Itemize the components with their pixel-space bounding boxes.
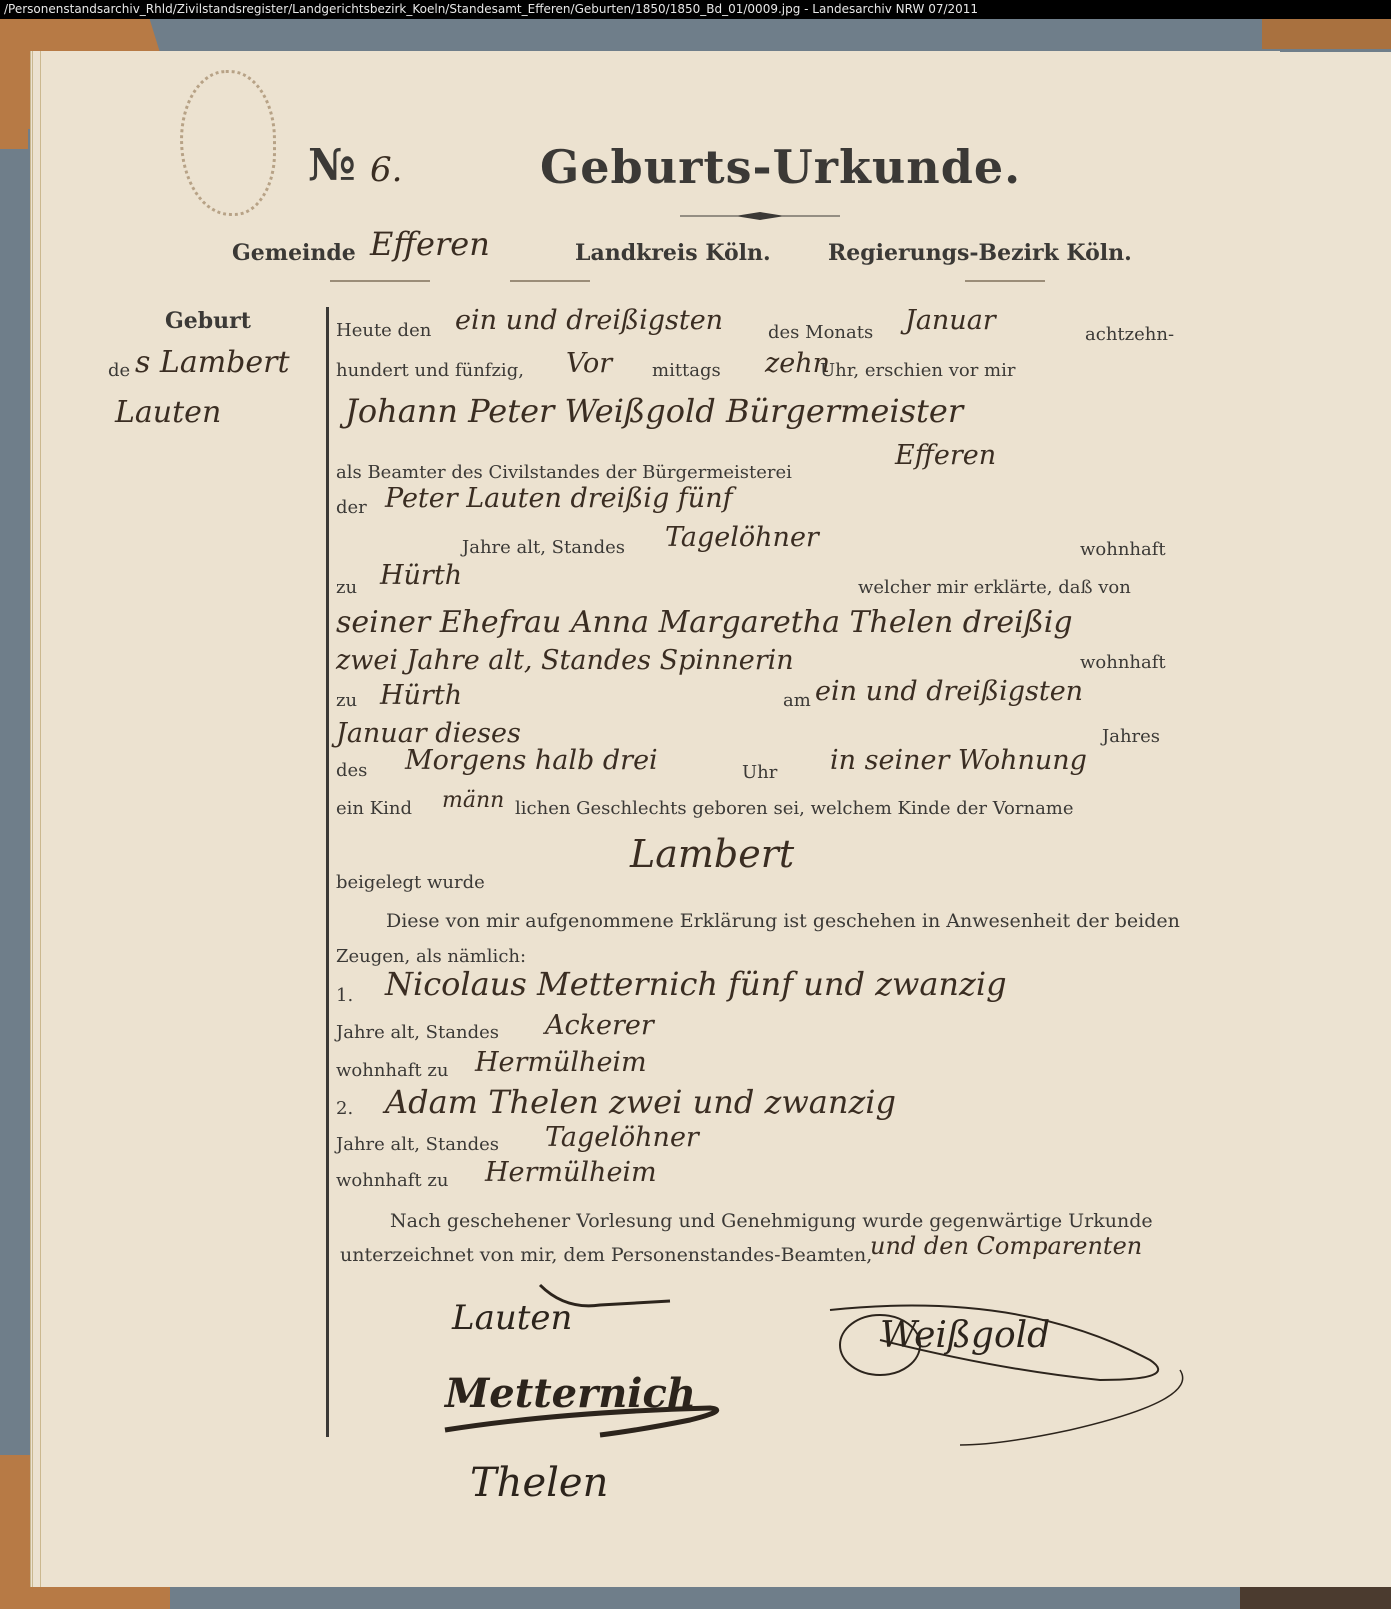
form-text: Zeugen, als nämlich: — [336, 946, 526, 967]
form-text: beigelegt wurde — [336, 872, 485, 893]
leather-corner-top-right — [1262, 19, 1391, 49]
signature-flourish-icon — [440, 1390, 740, 1440]
handwritten-mother-age: zwei Jahre alt, Standes Spinnerin — [336, 645, 794, 676]
handwritten-closing: und den Comparenten — [870, 1232, 1142, 1260]
handwritten-father: Peter Lauten dreißig fünf — [385, 483, 733, 514]
margin-prefix: de — [108, 360, 130, 381]
form-text: am — [783, 690, 811, 711]
closing-text: unterzeichnet von mir, dem Personenstand… — [340, 1244, 872, 1266]
handwritten-official: Johann Peter Weißgold Bürgermeister — [345, 392, 963, 430]
form-text: zu — [336, 690, 357, 711]
document-title: Geburts-Urkunde. — [540, 140, 1021, 194]
certificate-number: 6. — [370, 150, 402, 190]
margin-heading: Geburt — [165, 308, 251, 334]
handwritten-mother-residence: Hürth — [380, 680, 462, 711]
bezirk-underline — [965, 280, 1045, 282]
form-text: als Beamter des Civilstandes der Bürgerm… — [336, 462, 792, 483]
form-text: Jahres — [1102, 726, 1160, 747]
signature-flourish-icon — [520, 1265, 680, 1315]
witness-2-name: Adam Thelen zwei und zwanzig — [385, 1083, 896, 1121]
leather-edge-bottom — [0, 1587, 170, 1609]
form-text: Uhr, erschien vor mir — [820, 360, 1016, 381]
signature-loop-icon — [820, 1270, 1200, 1450]
form-text: zu — [336, 577, 357, 598]
witness-1-name: Nicolaus Metternich fünf und zwanzig — [385, 965, 1007, 1003]
handwritten-birth-day: ein und dreißigsten — [815, 676, 1083, 707]
leather-edge-left — [0, 19, 28, 149]
witness-2-occupation: Tagelöhner — [545, 1122, 699, 1153]
form-text: wohnhaft — [1080, 652, 1166, 673]
number-label: № — [308, 140, 356, 191]
form-text: Uhr — [742, 762, 777, 783]
form-text: ein Kind — [336, 798, 412, 819]
handwritten-ante: Vor — [566, 348, 612, 379]
leather-corner-bottom-right — [1240, 1587, 1391, 1609]
form-text: wohnhaft — [1080, 539, 1166, 560]
handwritten-day: ein und dreißigsten — [455, 305, 723, 336]
landkreis-label: Landkreis Köln. — [575, 240, 771, 266]
window-title-bar: /Personenstandsarchiv_Rhld/Zivilstandsre… — [0, 0, 1391, 19]
closing-text: Nach geschehener Vorlesung und Genehmigu… — [390, 1210, 1153, 1232]
margin-child-name: s Lambert — [135, 345, 290, 380]
bezirk-label: Regierungs-Bezirk Köln. — [828, 240, 1132, 266]
form-text: wohnhaft zu — [336, 1060, 448, 1081]
form-text: des Monats — [768, 322, 873, 343]
handwritten-mother: seiner Ehefrau Anna Margaretha Thelen dr… — [336, 605, 1073, 640]
form-text: Diese von mir aufgenommene Erklärung ist… — [386, 910, 1180, 932]
gemeinde-underline — [330, 280, 430, 282]
handwritten-sex: männ — [442, 788, 504, 813]
handwritten-birth-time: Morgens halb drei — [405, 745, 658, 776]
page-edge-rule — [40, 51, 42, 1587]
ornament-divider-icon — [680, 212, 840, 220]
form-text: des — [336, 760, 367, 781]
form-text: welcher mir erklärte, daß von — [858, 577, 1131, 598]
handwritten-child-name: Lambert — [630, 832, 794, 876]
ink-stain — [180, 70, 276, 216]
form-text: mittags — [652, 360, 721, 381]
signature-witness-2: Thelen — [470, 1460, 608, 1506]
form-text: Jahre alt, Standes — [336, 1134, 499, 1155]
form-text: Jahre alt, Standes — [336, 1022, 499, 1043]
form-text: Jahre alt, Standes — [462, 537, 625, 558]
witness-number: 2. — [336, 1098, 353, 1119]
handwritten-month: Januar — [905, 305, 996, 336]
form-text: Heute den — [336, 320, 431, 341]
handwritten-father-residence: Hürth — [380, 560, 462, 591]
form-text: hundert und fünfzig, — [336, 360, 524, 381]
witness-1-residence: Hermülheim — [475, 1047, 647, 1078]
gemeinde-value: Efferen — [370, 225, 490, 263]
handwritten-father-occupation: Tagelöhner — [665, 522, 819, 553]
landkreis-underline — [510, 280, 590, 282]
form-text: achtzehn- — [1085, 324, 1174, 345]
witness-1-occupation: Ackerer — [545, 1010, 654, 1041]
leather-corner-bottom-left — [0, 1455, 30, 1609]
witness-number: 1. — [336, 985, 353, 1006]
handwritten-birth-place: in seiner Wohnung — [830, 745, 1087, 776]
handwritten-municipality: Efferen — [895, 440, 996, 471]
form-text: lichen Geschlechts geboren sei, welchem … — [515, 798, 1074, 819]
margin-surname: Lauten — [115, 395, 221, 430]
gemeinde-label: Gemeinde — [232, 240, 356, 266]
witness-2-residence: Hermülheim — [485, 1157, 657, 1188]
column-divider — [326, 307, 329, 1437]
form-text: der — [336, 497, 367, 518]
form-text: wohnhaft zu — [336, 1170, 448, 1191]
